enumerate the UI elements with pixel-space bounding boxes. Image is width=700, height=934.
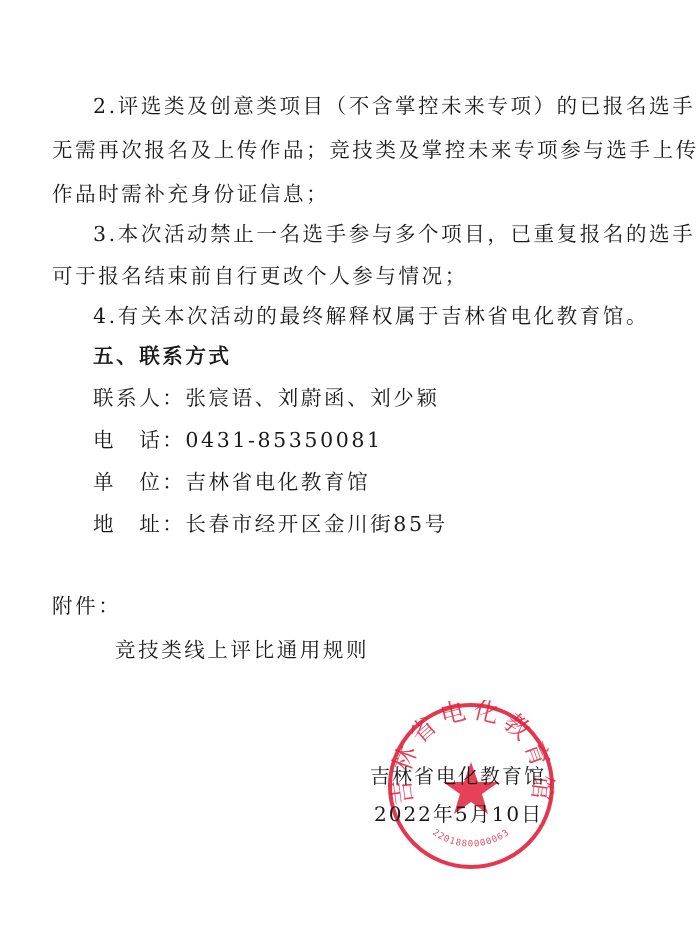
contact-unit: 单 位：吉林省电化教育馆 (93, 468, 370, 496)
signature-date: 2022年5月10日 (374, 798, 543, 827)
signature-org: 吉林省电化教育馆 (370, 760, 546, 789)
contact-heading: 五、联系方式 (93, 342, 232, 370)
note-item2-line1: 2.评选类及创意类项目（不含掌控未来专项）的已报名选手 (93, 92, 695, 120)
svg-text:吉林省电化教育馆: 吉林省电化教育馆 (386, 700, 558, 807)
contact-address-label: 地 址： (93, 512, 185, 536)
contact-address-value: 长春市经开区金川街85号 (185, 512, 447, 536)
note-item2-line2: 无需再次报名及上传作品；竞技类及掌控未来专项参与选手上传 (52, 136, 699, 164)
note-item3-line1: 3.本次活动禁止一名选手参与多个项目，已重复报名的选手 (93, 220, 695, 248)
svg-text:2201880000063: 2201880000063 (430, 828, 512, 850)
attachment-item: 竞技类线上评比通用规则 (115, 636, 369, 664)
contact-phone-label: 电 话： (93, 428, 185, 452)
note-item2-line3: 作品时需补充身份证信息； (52, 180, 329, 208)
contact-unit-label: 单 位： (93, 470, 185, 494)
note-item3-line2: 可于报名结束前自行更改个人参与情况； (52, 262, 468, 290)
contact-persons-value: 张宸语、刘蔚函、刘少颖 (185, 386, 439, 410)
attachment-label: 附件： (52, 592, 121, 620)
contact-unit-value: 吉林省电化教育馆 (185, 470, 370, 494)
contact-address: 地 址：长春市经开区金川街85号 (93, 510, 448, 538)
contact-persons: 联系人：张宸语、刘蔚函、刘少颖 (93, 384, 440, 412)
note-item4-line1: 4.有关本次活动的最终解释权属于吉林省电化教育馆。 (93, 302, 649, 330)
contact-persons-label: 联系人： (93, 386, 185, 410)
contact-phone-value: 0431-85350081 (185, 428, 382, 452)
contact-phone: 电 话：0431-85350081 (93, 426, 383, 454)
